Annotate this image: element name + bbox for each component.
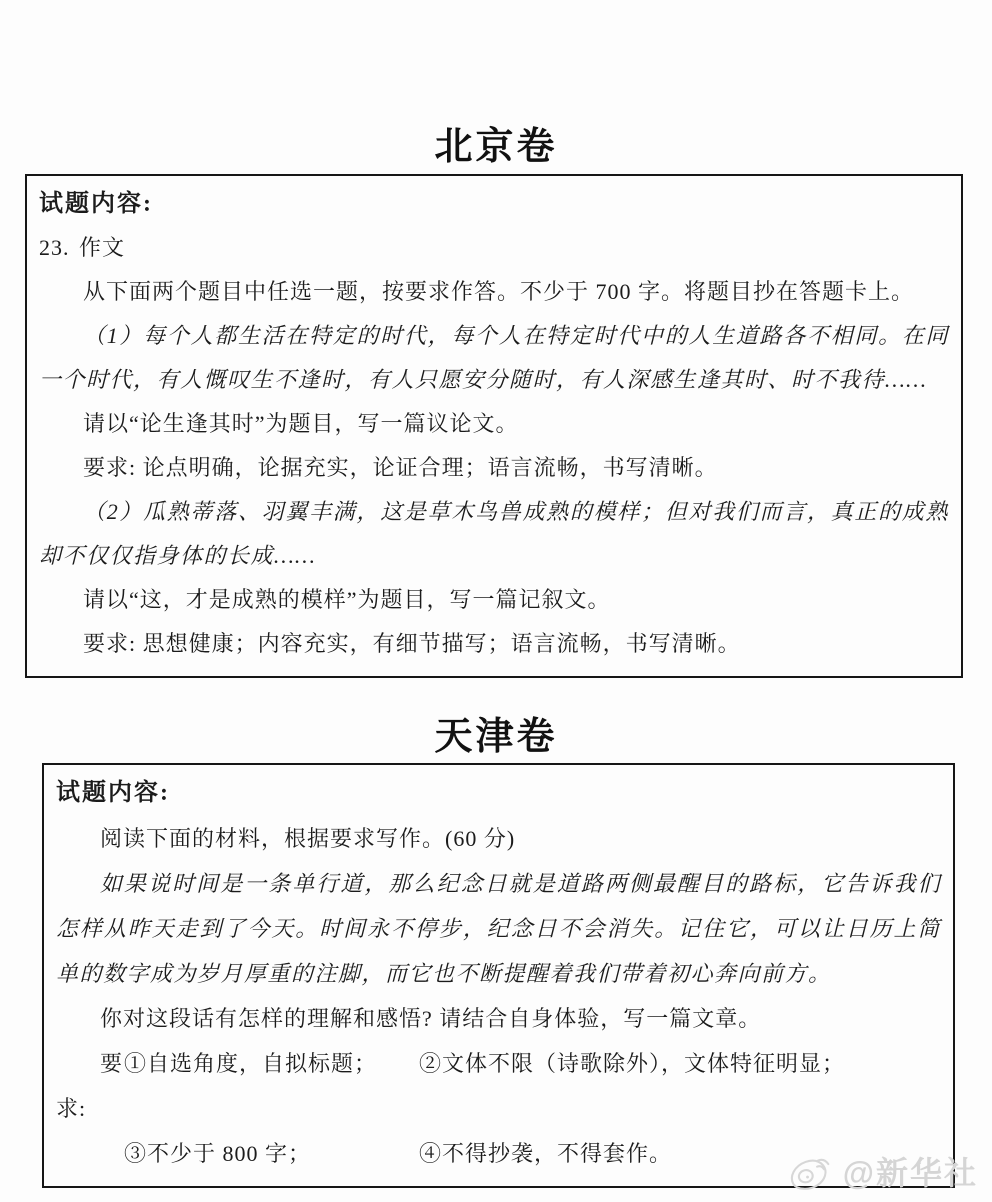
- tianjin-task-paragraph: 你对这段话有怎样的理解和感悟? 请结合自身体验，写一篇文章。: [56, 996, 941, 1041]
- requirement-item-2: ②文体不限（诗歌除外），文体特征明显；: [419, 1041, 941, 1131]
- weibo-icon: [785, 1149, 837, 1193]
- tianjin-intro-paragraph: 阅读下面的材料，根据要求写作。(60 分): [56, 816, 941, 861]
- requirement-item-3: ③不少于 800 字；: [124, 1131, 419, 1176]
- beijing-content-label: 试题内容:: [39, 182, 949, 226]
- requirements-label-spacer: [56, 1131, 124, 1176]
- beijing-prompt-2: （2）瓜熟蒂落、羽翼丰满，这是草木鸟兽成熟的模样；但对我们而言，真正的成熟却不仅…: [39, 490, 949, 578]
- beijing-requirements-1: 要求: 论点明确，论据充实，论证合理；语言流畅，书写清晰。: [39, 446, 949, 490]
- requirement-item-1: ①自选角度，自拟标题；: [124, 1041, 419, 1131]
- section-beijing: 北京卷 试题内容: 23.作文 从下面两个题目中任选一题，按要求作答。不少于 7…: [0, 0, 992, 678]
- beijing-question-heading: 23.作文: [39, 226, 949, 270]
- beijing-intro-paragraph: 从下面两个题目中任选一题，按要求作答。不少于 700 字。将题目抄在答题卡上。: [39, 270, 949, 314]
- tianjin-content-label: 试题内容:: [56, 771, 941, 816]
- tianjin-content-box: 试题内容: 阅读下面的材料，根据要求写作。(60 分) 如果说时间是一条单行道，…: [42, 763, 955, 1188]
- beijing-task-1: 请以“论生逢其时”为题目，写一篇议论文。: [39, 402, 949, 446]
- beijing-prompt-1: （1）每个人都生活在特定的时代，每个人在特定时代中的人生道路各不相同。在同一个时…: [39, 314, 949, 402]
- document-page: 北京卷 试题内容: 23.作文 从下面两个题目中任选一题，按要求作答。不少于 7…: [0, 0, 992, 1188]
- requirements-row-1: 要求: ①自选角度，自拟标题； ②文体不限（诗歌除外），文体特征明显；: [56, 1041, 941, 1131]
- question-title: 作文: [79, 235, 125, 260]
- tianjin-paper-title: 天津卷: [0, 678, 992, 760]
- beijing-task-2: 请以“这，才是成熟的模样”为题目，写一篇记叙文。: [39, 578, 949, 622]
- tianjin-material-paragraph: 如果说时间是一条单行道，那么纪念日就是道路两侧最醒目的路标，它告诉我们怎样从昨天…: [56, 861, 941, 996]
- section-tianjin: 天津卷 试题内容: 阅读下面的材料，根据要求写作。(60 分) 如果说时间是一条…: [0, 678, 992, 1189]
- beijing-content-box: 试题内容: 23.作文 从下面两个题目中任选一题，按要求作答。不少于 700 字…: [25, 174, 963, 678]
- requirements-label: 要求:: [56, 1041, 124, 1131]
- watermark: @新华社: [785, 1148, 978, 1194]
- beijing-requirements-2: 要求: 思想健康；内容充实，有细节描写；语言流畅，书写清晰。: [39, 622, 949, 666]
- beijing-paper-title: 北京卷: [0, 0, 992, 170]
- watermark-handle: @新华社: [843, 1148, 978, 1194]
- question-number: 23.: [39, 226, 79, 270]
